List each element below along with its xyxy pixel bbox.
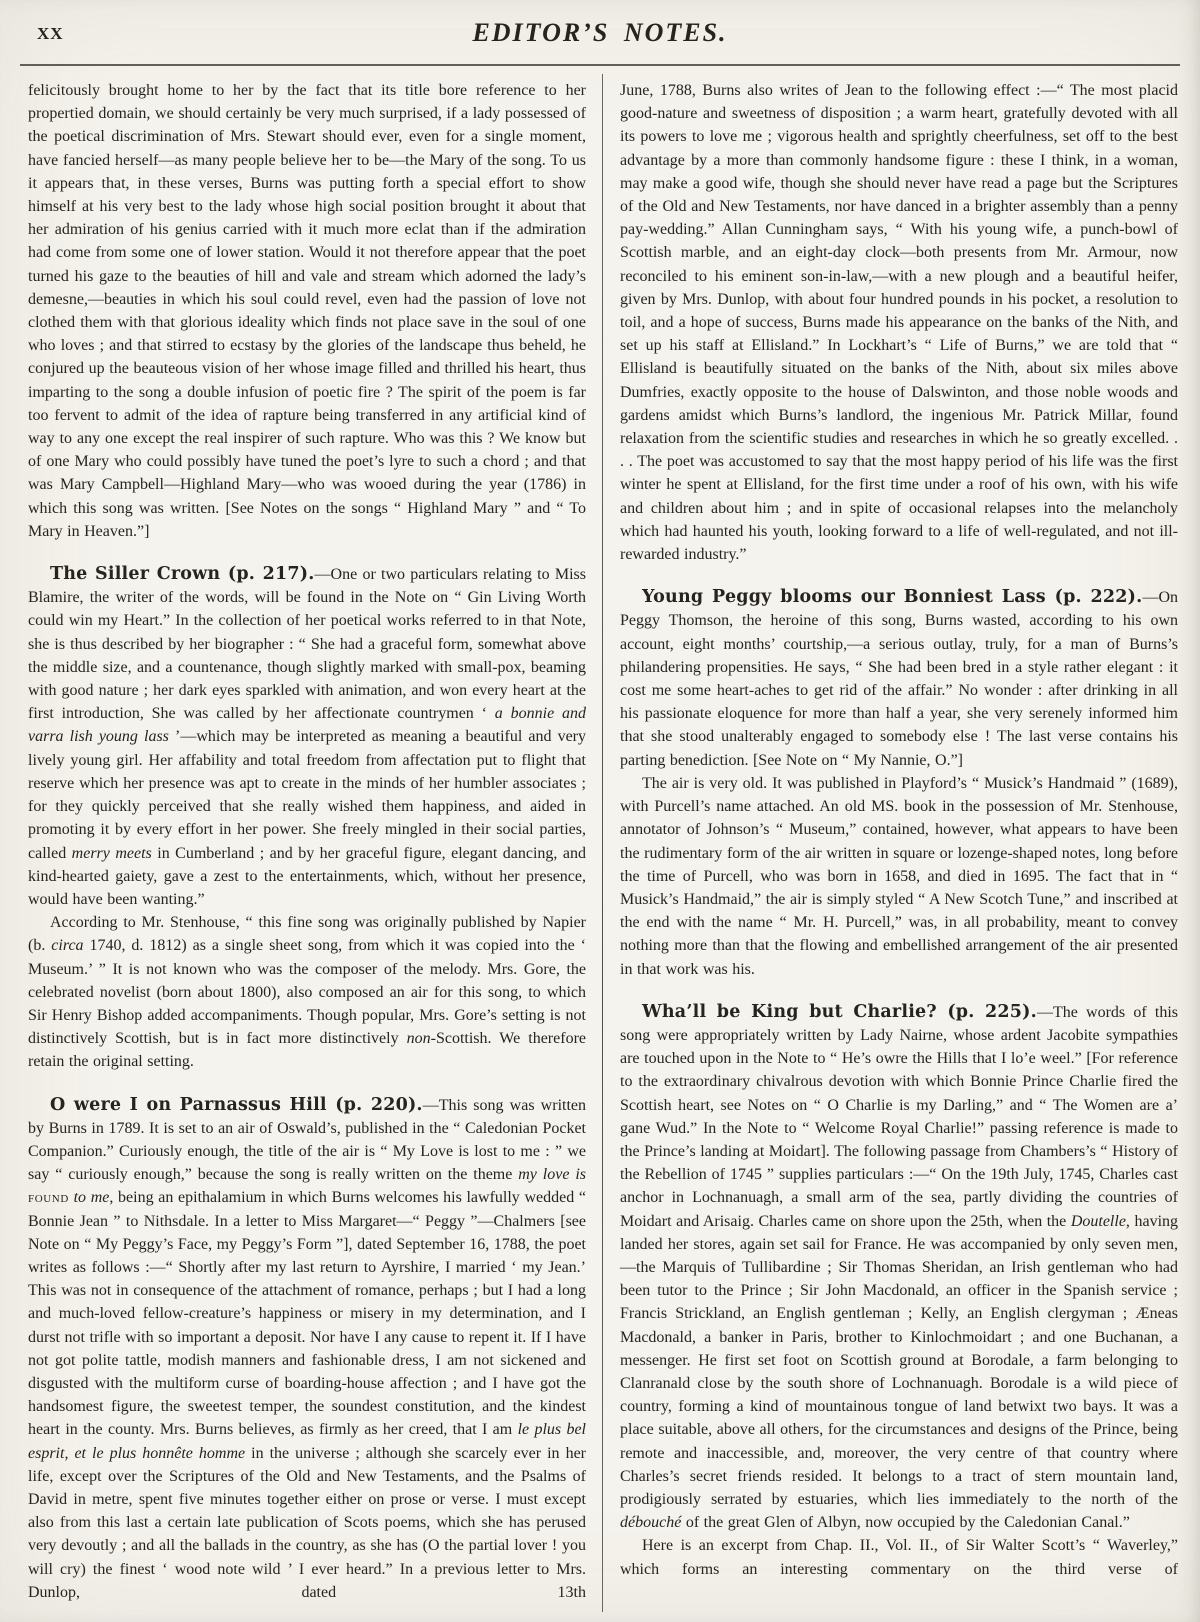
text-run: found <box>28 1189 69 1206</box>
text-run: —On Peggy Thomson, the heroine of this s… <box>620 589 1178 768</box>
note-heading: Young Peggy blooms our Bonniest Lass (p.… <box>642 587 1142 607</box>
note-heading: The Siller Crown (p. 217). <box>50 564 315 584</box>
right-column: June, 1788, Burns also writes of Jean to… <box>620 79 1178 1604</box>
text-run: felicitously brought home to her by the … <box>28 82 586 540</box>
text-run: ’—which may be interpreted as meaning a … <box>28 728 586 861</box>
text-run: of the great Glen of Albyn, now occupied… <box>681 1514 1130 1531</box>
text-run: to me <box>69 1189 109 1206</box>
text-run: June, 1788, Burns also writes of Jean to… <box>620 82 1178 563</box>
text-run: non <box>407 1030 431 1047</box>
left-column: felicitously brought home to her by the … <box>28 79 586 1604</box>
note-heading: Wha’ll be King but Charlie? (p. 225). <box>642 1002 1037 1022</box>
text-run: Doutelle <box>1071 1213 1126 1230</box>
text-run: , being an epithalamium in which Burns w… <box>28 1189 586 1438</box>
text-run: my love is <box>518 1166 586 1183</box>
text-run: Here is an excerpt from Chap. II., Vol. … <box>620 1537 1178 1577</box>
note-heading: O were I on Parnassus Hill (p. 220). <box>50 1095 423 1115</box>
text-run: merry meets <box>72 845 152 862</box>
text-run: circa <box>51 937 83 954</box>
page-title: EDITOR’S NOTES. <box>0 18 1200 48</box>
text-run: —One or two particulars relating to Miss… <box>28 566 586 722</box>
text-run: débouché <box>620 1514 681 1531</box>
note-waverley-excerpt: Here is an excerpt from Chap. II., Vol. … <box>620 1534 1178 1580</box>
text-columns: felicitously brought home to her by the … <box>0 66 1200 1604</box>
note-young-peggy-air: The air is very old. It was published in… <box>620 772 1178 981</box>
text-run: , having landed her stores, again set sa… <box>620 1213 1178 1508</box>
text-run: —The words of this song were appropriate… <box>620 1004 1178 1230</box>
text-run: in the universe ; although she scarcely … <box>28 1445 586 1601</box>
continuation-mrs-stewart: felicitously brought home to her by the … <box>28 79 586 543</box>
page-header: XX EDITOR’S NOTES. <box>0 0 1200 64</box>
column-divider <box>602 74 603 1612</box>
note-parnassus-hill: O were I on Parnassus Hill (p. 220).—Thi… <box>28 1094 586 1604</box>
note-siller-crown: The Siller Crown (p. 217).—One or two pa… <box>28 563 586 911</box>
note-young-peggy: Young Peggy blooms our Bonniest Lass (p.… <box>620 586 1178 772</box>
text-run: The air is very old. It was published in… <box>620 775 1178 978</box>
note-siller-crown-stenhouse: According to Mr. Stenhouse, “ this fine … <box>28 911 586 1073</box>
continuation-june-1788: June, 1788, Burns also writes of Jean to… <box>620 79 1178 566</box>
note-whall-be-king: Wha’ll be King but Charlie? (p. 225).—Th… <box>620 1001 1178 1535</box>
book-page: XX EDITOR’S NOTES. felicitously brought … <box>0 0 1200 1622</box>
